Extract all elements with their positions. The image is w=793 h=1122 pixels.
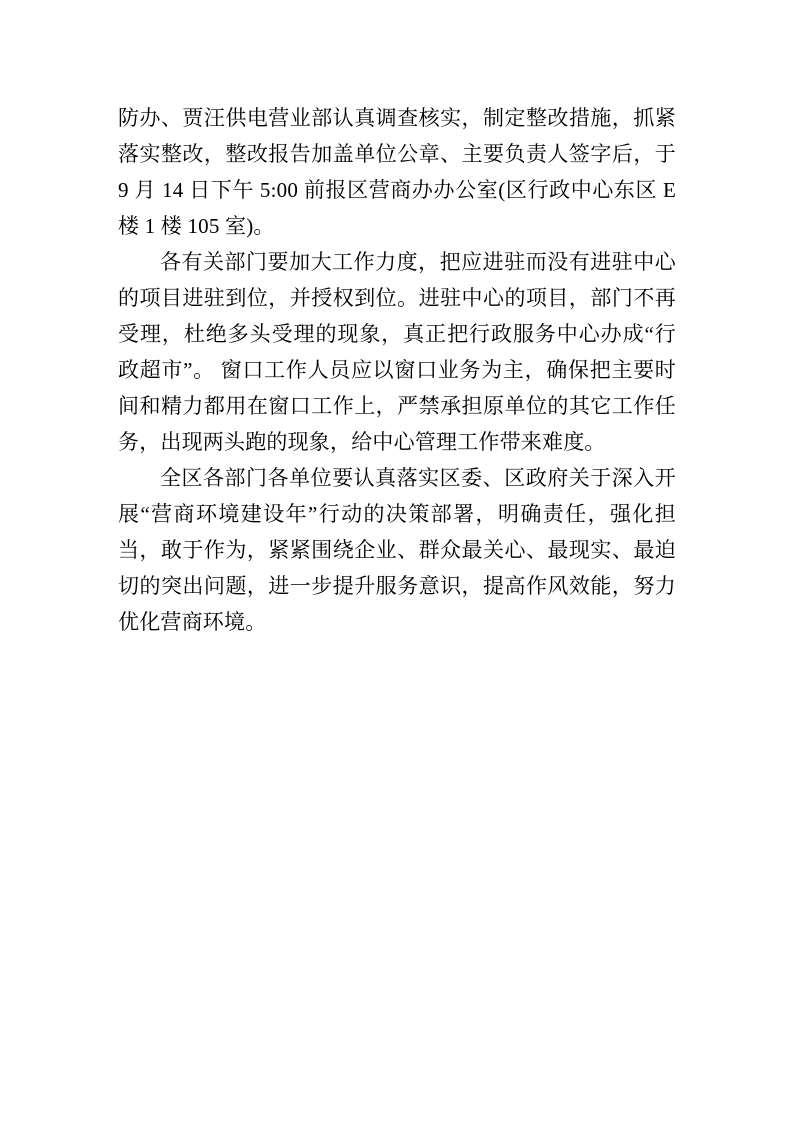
- text-line: 间和精力都用在窗口工作上，严禁承担原单位的其它工作任: [118, 388, 676, 424]
- text-line: 各有关部门要加大工作力度，把应进驻而没有进驻中心: [118, 244, 676, 280]
- text-line: 楼 1 楼 105 室)。: [118, 208, 676, 244]
- paragraph-3: 全区各部门各单位要认真落实区委、区政府关于深入开展“营商环境建设年”行动的决策部…: [118, 460, 676, 640]
- text-line: 的项目进驻到位，并授权到位。进驻中心的项目，部门不再: [118, 280, 676, 316]
- paragraph-2: 各有关部门要加大工作力度，把应进驻而没有进驻中心的项目进驻到位，并授权到位。进驻…: [118, 244, 676, 460]
- text-line: 优化营商环境。: [118, 604, 676, 640]
- text-line: 切的突出问题，进一步提升服务意识，提高作风效能，努力: [118, 568, 676, 604]
- text-line: 展“营商环境建设年”行动的决策部署，明确责任，强化担: [118, 496, 676, 532]
- text-line: 防办、贾汪供电营业部认真调查核实，制定整改措施，抓紧: [118, 100, 676, 136]
- document-page: 防办、贾汪供电营业部认真调查核实，制定整改措施，抓紧落实整改，整改报告加盖单位公…: [0, 0, 793, 1122]
- paragraph-1: 防办、贾汪供电营业部认真调查核实，制定整改措施，抓紧落实整改，整改报告加盖单位公…: [118, 100, 676, 244]
- text-line: 9 月 14 日下午 5:00 前报区营商办办公室(区行政中心东区 E: [118, 172, 676, 208]
- text-line: 落实整改，整改报告加盖单位公章、主要负责人签字后，于: [118, 136, 676, 172]
- text-line: 务，出现两头跑的现象，给中心管理工作带来难度。: [118, 424, 676, 460]
- text-line: 全区各部门各单位要认真落实区委、区政府关于深入开: [118, 460, 676, 496]
- text-line: 受理，杜绝多头受理的现象，真正把行政服务中心办成“行: [118, 316, 676, 352]
- document-body: 防办、贾汪供电营业部认真调查核实，制定整改措施，抓紧落实整改，整改报告加盖单位公…: [118, 100, 676, 640]
- text-line: 政超市”。 窗口工作人员应以窗口业务为主，确保把主要时: [118, 352, 676, 388]
- text-line: 当，敢于作为，紧紧围绕企业、群众最关心、最现实、最迫: [118, 532, 676, 568]
